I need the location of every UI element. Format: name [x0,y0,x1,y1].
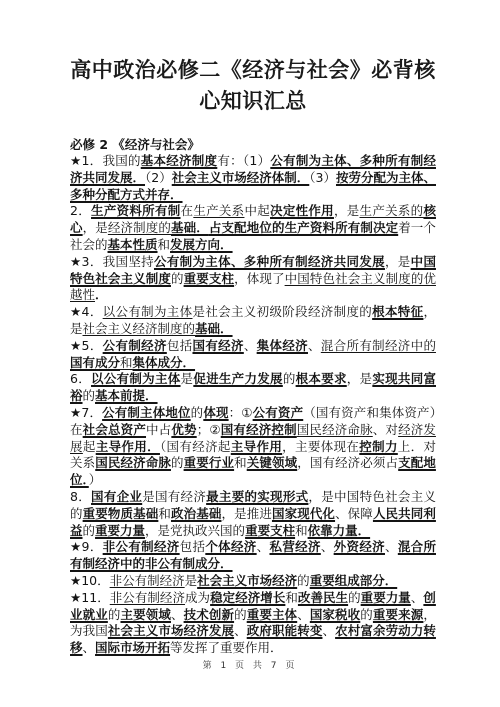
text-run: 重要力量 [95,523,145,538]
text-run: 的 [348,590,361,605]
text-run: 以公有制为主体 [103,304,193,319]
text-run: 的 [171,455,184,470]
text-run: 公有资产 [253,405,304,420]
text-run: 中占 [146,422,171,437]
text-run: 成为 [185,590,210,605]
paragraph: ★10．非公有制经济是社会主义市场经济的重要组成部分． [70,573,436,590]
text-run: 公有制为主体、多种所有制经济共同发展 [154,254,385,269]
text-run: ，主要体现在 [282,439,359,454]
text-run: ，是 [347,371,373,386]
text-run: 基础． [171,220,209,235]
text-run: （3） [309,170,336,185]
text-run: ★4． [70,304,103,319]
text-run: 生产资料所有制 [91,203,180,218]
text-run: 重要来源 [373,607,423,622]
text-run: 等发挥了重要作用． [170,640,283,655]
text-run: 、 [322,623,335,638]
text-run: 的 [283,371,296,386]
text-run: 生产关系 [193,203,244,218]
text-run: 2． [70,203,91,218]
paragraph: ★5．公有制经济包括国有经济、集体经济、混合所有制经济中的国有成分和集体成分． [70,338,436,372]
text-run: （国有经济起 [160,439,231,454]
text-run: 的 [297,573,310,588]
text-run: 重要行业 [184,455,234,470]
text-run: 公有制主体地位 [102,405,191,420]
text-run: 、对 [373,422,398,437]
text-run: 依靠力量． [308,523,371,538]
text-run: ★9． [70,539,103,554]
text-run: 政治基础 [171,506,221,521]
text-run: ） [89,472,102,487]
text-run: 重要物质基础 [83,506,159,521]
text-run: ． [95,287,108,302]
text-run: 重要力量 [361,590,411,605]
text-run: 个体经济 [205,539,256,554]
text-run: 、 [411,590,424,605]
page-content: 高中政治必修二《经济与社会》必背核心知识汇总 必修 2 《经济与社会》 ★1．我… [70,54,436,657]
text-run: 国家税收 [310,607,360,622]
text-run: ★1．我国的 [70,153,141,168]
text-run: 、 [83,640,96,655]
text-run: 起 [83,439,96,454]
text-run: ，是 [385,254,411,269]
text-run: ，国有经济必须占 [297,455,398,470]
text-run: ★10． [70,573,110,588]
text-run: 国有经济控制 [221,422,297,437]
text-run: 中起 [244,203,270,218]
text-run: 国有企业 [91,489,142,504]
text-run: 社会主义市场经济 [197,573,297,588]
text-run: 最主要的实现形式 [206,489,308,504]
text-run: 社会主义经济制度的 [83,321,196,336]
text-run: ，是推进 [221,506,271,521]
paragraph: ★11．非公有制经济成为稳定经济增长和改善民生的重要力量、创业就业的主要领域、技… [70,590,436,657]
text-run: 是国有经济 [142,489,206,504]
text-run: 发展方向． [170,237,233,252]
text-run: 、 [321,539,334,554]
text-run: 非公有制经济 [110,573,185,588]
text-run: 国有经济 [192,338,243,353]
document-title: 高中政治必修二《经济与社会》必背核心知识汇总 [70,54,436,116]
text-run: 基本前提． [95,388,158,403]
text-run: 包括 [167,338,193,353]
text-run: 促进生产力发展 [193,371,283,386]
text-run: 重要主体 [247,607,297,622]
text-run: 和 [285,590,298,605]
text-run: 和 [120,355,133,370]
text-run: 是 [185,573,198,588]
text-run: 国民经济命脉 [297,422,373,437]
text-run: 非公有制经济 [110,590,185,605]
text-run: 国家现代化 [272,506,335,521]
text-run: 是 [181,371,194,386]
text-run: 和 [158,237,171,252]
text-run: 包括 [180,539,206,554]
text-run: ：① [229,405,253,420]
page-footer: 第 1 页 共 7 页 [0,658,500,671]
text-run: 、 [297,607,310,622]
text-run: 技术创新 [184,607,234,622]
text-run: 混合所有制经济中的 [321,338,436,353]
text-run: 的 [171,271,184,286]
text-run: 基础． [195,321,233,336]
text-run: 基本性质 [108,237,158,252]
text-run: 私营经济 [269,539,320,554]
text-run: 、 [171,607,184,622]
paragraph: 6．以公有制为主体是促进生产力发展的根本要求，是实现共同富裕的基本前提． [70,371,436,405]
text-run: 的 [360,607,373,622]
text-run: 在 [181,203,194,218]
text-run: 国民经济命脉 [95,455,171,470]
text-run: 、 [234,623,247,638]
text-run: 占支配地位的生产资料所有制决定 [209,220,398,235]
text-run: 经济制度的 [108,220,171,235]
text-run: 外资经济 [334,539,385,554]
text-run: 主要领域 [120,607,170,622]
text-run: 优势 [171,422,196,437]
text-run: 6． [70,371,91,386]
text-run: 重要支柱 [245,523,295,538]
document-page: 高中政治必修二《经济与社会》必背核心知识汇总 必修 2 《经济与社会》 ★1．我… [0,0,500,707]
text-run: 的 [83,388,96,403]
paragraph: ★4．以公有制为主体是社会主义初级阶段经济制度的根本特征，是社会主义经济制度的基… [70,304,436,338]
section-heading: 必修 2 《经济与社会》 [70,136,436,153]
paragraph: ★7．公有制主体地位的体现：①公有资产（国有资产和集体资产）在社会总资产中占优势… [70,405,436,489]
text-run: 、 [244,338,257,353]
text-run: 、 [385,539,398,554]
text-run: 的 [83,523,96,538]
text-run: 和 [234,455,247,470]
text-run: 决定性作用 [270,203,334,218]
text-run: ★5． [70,338,103,353]
text-run: 以公有制为主体 [91,371,181,386]
text-run: 重要组成部分． [310,573,398,588]
text-run: 社会总资产 [83,422,146,437]
text-run: 国际市场开拓 [95,640,170,655]
text-run: 集体经济 [257,338,308,353]
text-run: 有：（1） [217,153,270,168]
text-run: ，体现了 [234,271,285,286]
text-run: 的 [108,607,121,622]
text-run: 稳定经济增长 [210,590,285,605]
text-run: 是社会主义初级阶段经济制度的 [192,304,372,319]
text-run: 非公有制经济 [103,539,180,554]
paragraph: 2．生产资料所有制在生产关系中起决定性作用，是生产关系的核心，是经济制度的基础．… [70,203,436,253]
text-run: ★7． [70,405,102,420]
text-run: 8． [70,489,91,504]
text-run: 重要支柱 [184,271,235,286]
paragraph: 8．国有企业是国有经济最主要的实现形式，是中国特色社会主义的重要物质基础和政治基… [70,489,436,539]
text-run: 、 [257,539,270,554]
text-run: 关键领域 [247,455,297,470]
text-run: 改善民生 [298,590,348,605]
text-run: ，是 [83,220,108,235]
text-run: ；② [197,422,221,437]
text-run: ，是 [334,203,360,218]
text-run: ★11． [70,590,110,605]
text-run: ，是党执政兴国的 [145,523,245,538]
text-run: 主导作用 [231,439,282,454]
text-run: 集体成分． [133,355,196,370]
paragraph-list: ★1．我国的基本经济制度有：（1）公有制为主体、多种所有制经济共同发展．（2）社… [70,153,436,657]
text-run: 国有成分 [70,355,120,370]
text-run: 体现 [203,405,228,420]
text-run: （2） [145,170,172,185]
text-run: 公有制经济 [103,338,167,353]
text-run: 社会主义市场经济体制． [172,170,310,185]
text-run: 主导作用． [96,439,160,454]
text-run: 和 [295,523,308,538]
text-run: 根本要求 [296,371,347,386]
text-run: 的 [191,405,204,420]
text-run: 的 [234,607,247,622]
paragraph: ★1．我国的基本经济制度有：（1）公有制为主体、多种所有制经济共同发展．（2）社… [70,153,436,203]
text-run: 生产关系的 [360,203,424,218]
text-run: 和 [158,506,171,521]
text-run: 政府职能转变 [247,623,323,638]
text-run: 基本经济制度 [141,153,218,168]
text-run: 根本特征 [372,304,423,319]
text-run: ★3．我国坚持 [70,254,154,269]
text-run: 、保障 [335,506,373,521]
text-run: 社会主义市场经济发展 [108,623,234,638]
text-run: 、 [308,338,321,353]
paragraph: ★3．我国坚持公有制为主体、多种所有制经济共同发展，是中国特色社会主义制度的重要… [70,254,436,304]
paragraph: ★9．非公有制经济包括个体经济、私营经济、外资经济、混合所有制经济中的非公有制成… [70,539,436,573]
text-run: 控制力 [359,439,398,454]
